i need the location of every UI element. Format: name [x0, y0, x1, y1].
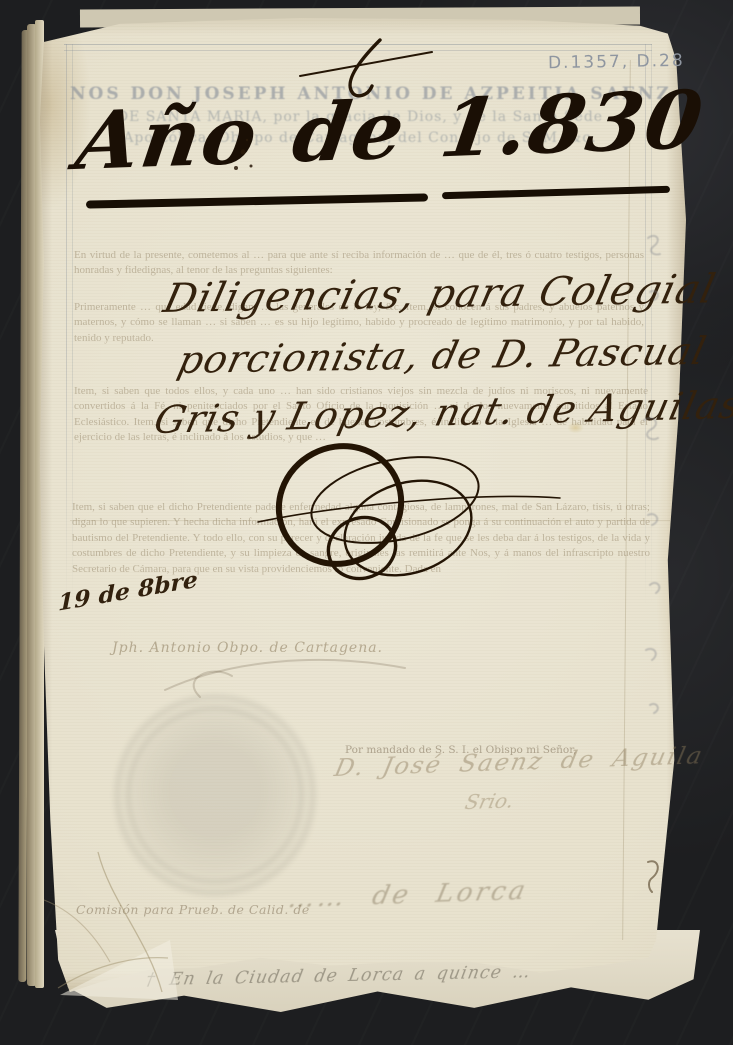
- faded-print-paragraph: Item, si saben que el dicho Pretendiente…: [72, 500, 650, 618]
- handwritten-title-line1: Diligencias, para Colegial: [159, 266, 720, 322]
- handwritten-title-line2: porcionista, de D. Pascual: [174, 329, 711, 382]
- printed-bottom-label: Comisión para Prueb. de Calid. de: [76, 902, 310, 917]
- printed-frame-top: [64, 44, 652, 51]
- printed-bishop-signature: Jph. Antonio Obpo. de Cartagena.: [112, 640, 383, 656]
- document-photo: †En la Ciudad de Lorca a quince … NOS DO…: [0, 0, 733, 1045]
- archive-reference: D.1357, D.28: [548, 51, 685, 73]
- embossed-seal: [108, 692, 322, 898]
- secretary-rubric: Srio.: [463, 788, 516, 814]
